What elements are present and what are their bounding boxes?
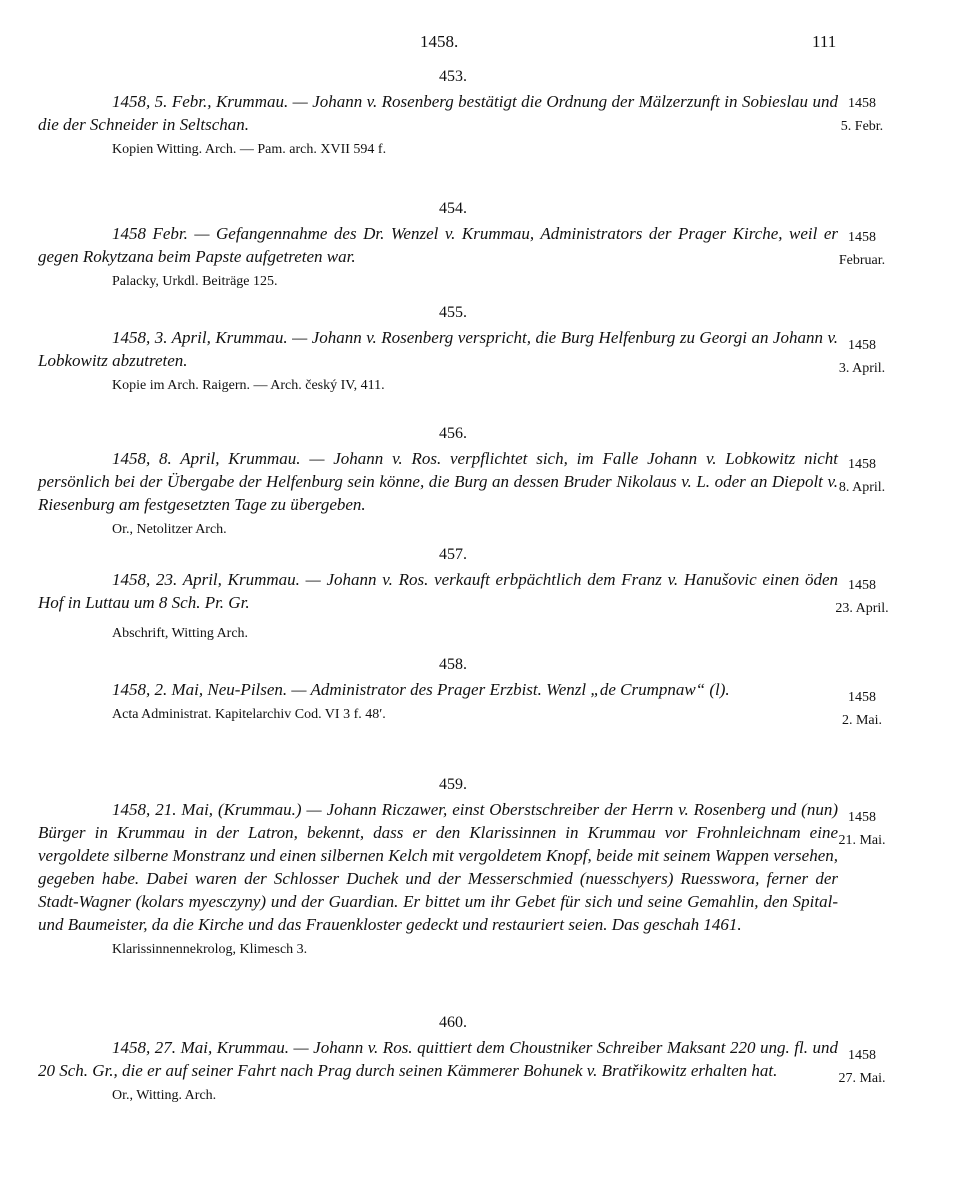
- margin-date-459: 1458 21. Mai.: [812, 806, 912, 852]
- entry-459: 459. 1458, 21. Mai, (Krummau.) — Johann …: [38, 776, 838, 958]
- margin-date-454: 1458 Februar.: [812, 226, 912, 272]
- entry-text: 1458, 8. April, Krummau. — Johann v. Ros…: [38, 447, 838, 516]
- entry-number: 456.: [38, 425, 838, 447]
- page-number: 111: [812, 32, 836, 52]
- margin-date-460: 1458 27. Mai.: [812, 1044, 912, 1090]
- entry-457: 457. 1458, 23. April, Krummau. — Johann …: [38, 546, 838, 642]
- entry-text: 1458, 23. April, Krummau. — Johann v. Ro…: [38, 568, 838, 614]
- margin-date: 21. Mai.: [812, 829, 912, 852]
- entry-number: 458.: [38, 656, 838, 678]
- entry-458: 458. 1458, 2. Mai, Neu-Pilsen. — Adminis…: [38, 656, 838, 723]
- margin-date: 3. April.: [812, 357, 912, 380]
- entry-number: 453.: [38, 68, 838, 90]
- entry-456: 456. 1458, 8. April, Krummau. — Johann v…: [38, 425, 838, 538]
- margin-year: 1458: [812, 686, 912, 709]
- entry-source: Palacky, Urkdl. Beiträge 125.: [38, 274, 838, 290]
- margin-year: 1458: [812, 92, 912, 115]
- entry-455: 455. 1458, 3. April, Krummau. — Johann v…: [38, 304, 838, 394]
- header-year: 1458.: [420, 32, 458, 52]
- entry-text: 1458 Febr. — Gefangennahme des Dr. Wenze…: [38, 222, 838, 268]
- entry-source: Acta Administrat. Kapitelarchiv Cod. VI …: [38, 707, 838, 723]
- entry-source: Or., Witting. Arch.: [38, 1088, 838, 1104]
- margin-date: 23. April.: [812, 597, 912, 620]
- entry-454: 454. 1458 Febr. — Gefangennahme des Dr. …: [38, 200, 838, 290]
- entry-460: 460. 1458, 27. Mai, Krummau. — Johann v.…: [38, 1014, 838, 1104]
- entry-source: Or., Netolitzer Arch.: [38, 522, 838, 538]
- margin-year: 1458: [812, 574, 912, 597]
- margin-date: 2. Mai.: [812, 709, 912, 732]
- entry-source: Kopien Witting. Arch. — Pam. arch. XVII …: [38, 142, 838, 158]
- margin-year: 1458: [812, 453, 912, 476]
- entry-text: 1458, 21. Mai, (Krummau.) — Johann Ricza…: [38, 798, 838, 936]
- entry-number: 454.: [38, 200, 838, 222]
- entry-number: 459.: [38, 776, 838, 798]
- entry-text: 1458, 3. April, Krummau. — Johann v. Ros…: [38, 326, 838, 372]
- entry-source: Kopie im Arch. Raigern. — Arch. český IV…: [38, 378, 838, 394]
- margin-date: 5. Febr.: [812, 115, 912, 138]
- margin-year: 1458: [812, 806, 912, 829]
- entry-number: 460.: [38, 1014, 838, 1036]
- margin-date-457: 1458 23. April.: [812, 574, 912, 620]
- entry-text: 1458, 5. Febr., Krummau. — Johann v. Ros…: [38, 90, 838, 136]
- entry-453: 453. 1458, 5. Febr., Krummau. — Johann v…: [38, 68, 838, 158]
- entry-source: Klarissinnennekrolog, Klimesch 3.: [38, 942, 838, 958]
- margin-date: 27. Mai.: [812, 1067, 912, 1090]
- entry-source: Abschrift, Witting Arch.: [38, 626, 838, 642]
- margin-year: 1458: [812, 226, 912, 249]
- margin-date-458: 1458 2. Mai.: [812, 686, 912, 732]
- entry-number: 457.: [38, 546, 838, 568]
- entry-number: 455.: [38, 304, 838, 326]
- entry-text: 1458, 2. Mai, Neu-Pilsen. — Administrato…: [38, 678, 838, 701]
- margin-year: 1458: [812, 1044, 912, 1067]
- margin-date: Februar.: [812, 249, 912, 272]
- margin-date-456: 1458 8. April.: [812, 453, 912, 499]
- margin-date-455: 1458 3. April.: [812, 334, 912, 380]
- margin-date: 8. April.: [812, 476, 912, 499]
- margin-year: 1458: [812, 334, 912, 357]
- entry-text: 1458, 27. Mai, Krummau. — Johann v. Ros.…: [38, 1036, 838, 1082]
- margin-date-453: 1458 5. Febr.: [812, 92, 912, 138]
